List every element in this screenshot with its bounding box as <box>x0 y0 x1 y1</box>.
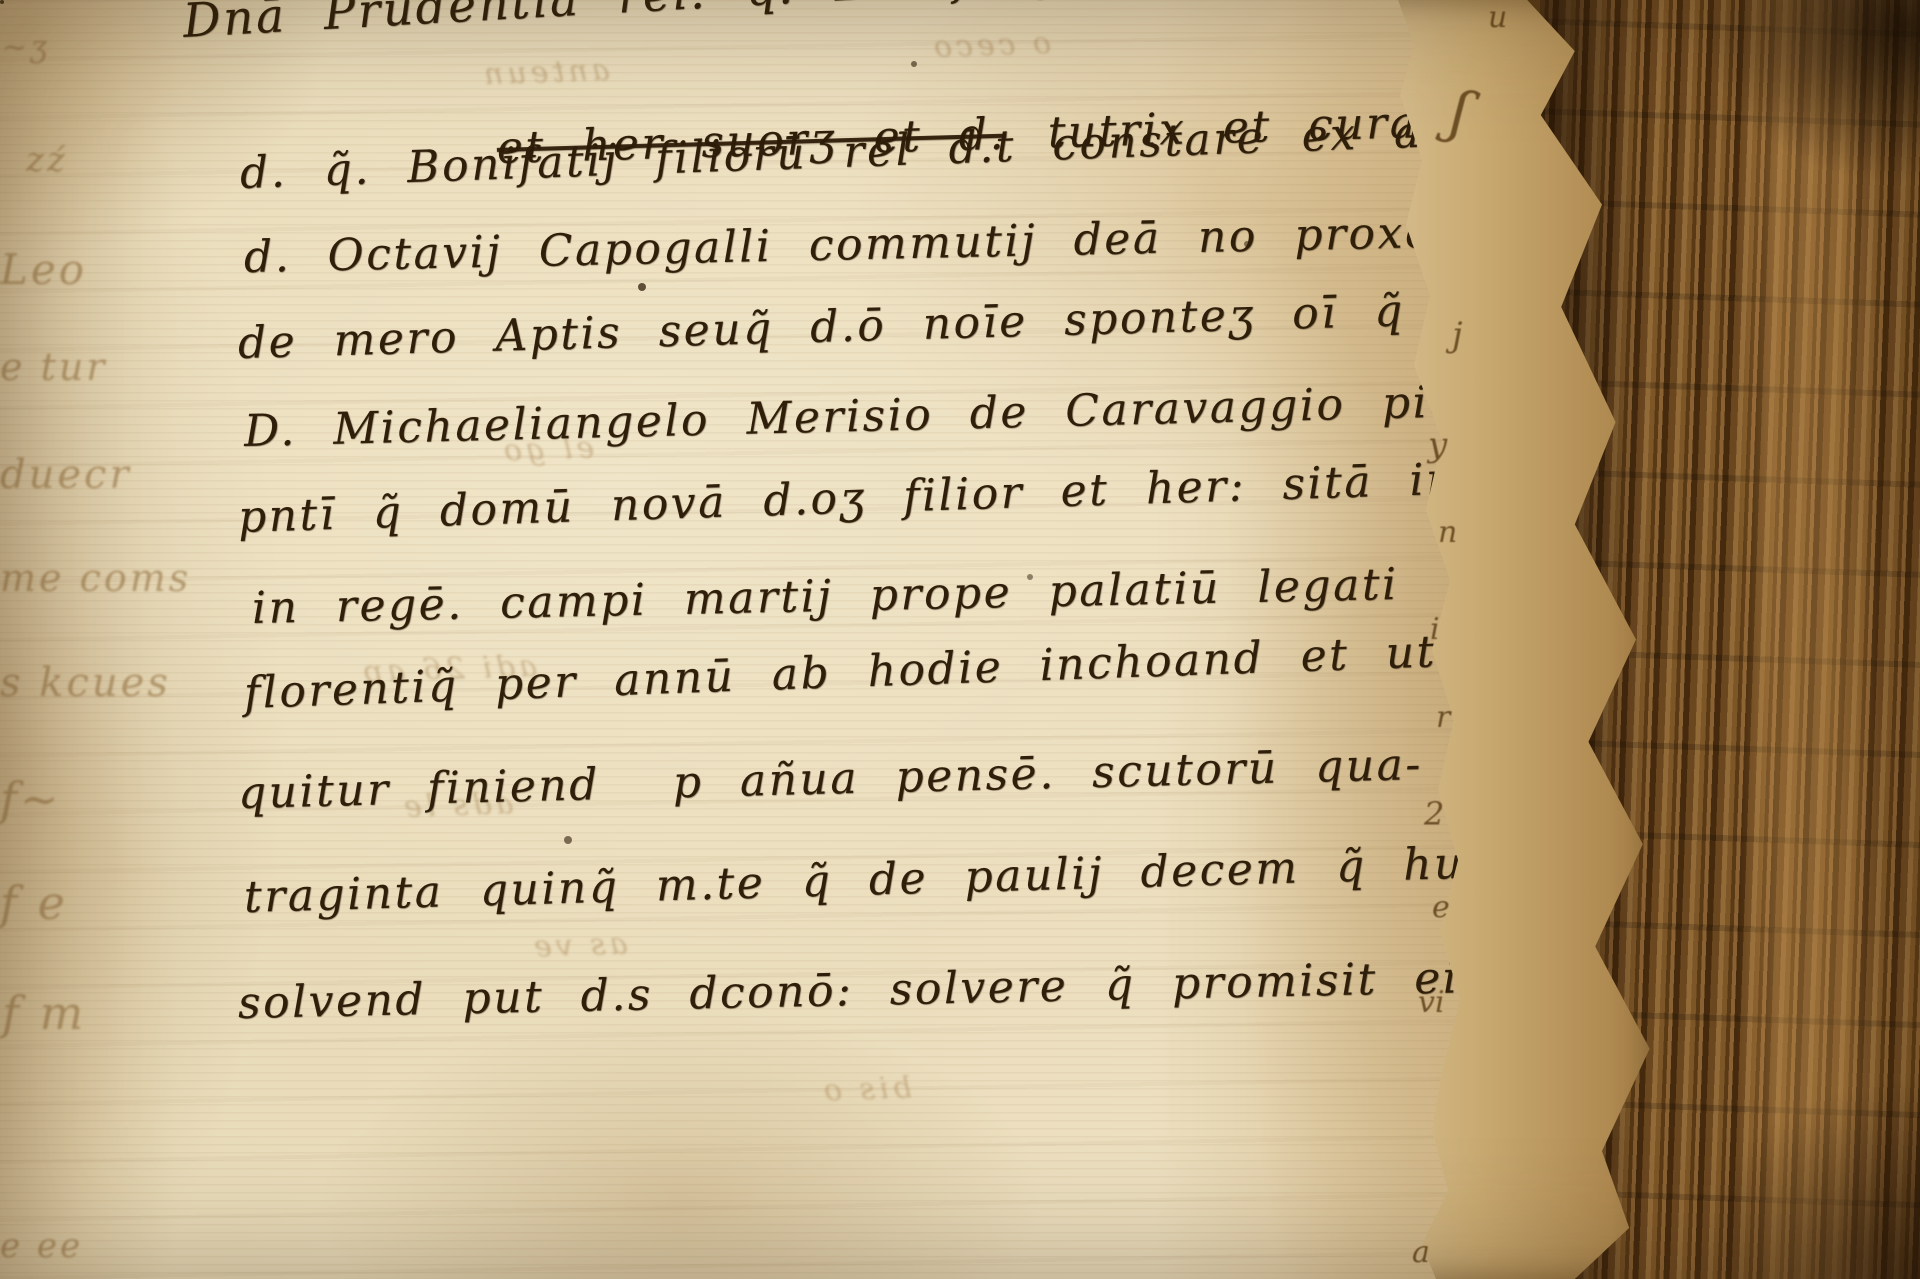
ghost-text-mirrored: bis o <box>819 1070 912 1108</box>
ghost-text-mirrored: as ve <box>529 926 628 964</box>
adjacent-page-stroke: y <box>1428 425 1447 465</box>
adjacent-page-stroke: vi <box>1418 985 1445 1020</box>
ghost-text: duecr <box>0 452 132 498</box>
ghost-text: me coms <box>0 556 191 600</box>
ghost-text: s kcues <box>0 660 171 706</box>
ghost-text: ~ʒ <box>2 30 50 65</box>
ink-spots <box>0 0 4 4</box>
manuscript-page: ~ʒ zź Leo e tur duecr me coms s kcues f~… <box>0 0 1480 1279</box>
ghost-text: f~ <box>0 772 62 826</box>
adjacent-page-stroke: a <box>1412 1235 1430 1270</box>
ghost-text: f m <box>2 986 86 1040</box>
ghost-text: zź <box>26 140 68 180</box>
ghost-text: e tur <box>0 345 107 389</box>
adjacent-page-stroke: i <box>1430 612 1440 647</box>
adjacent-page-stroke: r <box>1436 700 1450 735</box>
adjacent-page-stroke: j <box>1452 315 1463 355</box>
adjacent-page-stroke: n <box>1438 515 1457 550</box>
adjacent-page-stroke: e <box>1432 890 1450 925</box>
ghost-text: f e <box>0 876 68 930</box>
ghost-text: Leo <box>0 245 87 294</box>
ghost-text: e ee <box>0 1226 83 1266</box>
manuscript-photo: ~ʒ zź Leo e tur duecr me coms s kcues f~… <box>0 0 1920 1279</box>
adjacent-page-stroke: u <box>1488 0 1507 35</box>
adjacent-page-stroke: 2 <box>1424 795 1444 833</box>
